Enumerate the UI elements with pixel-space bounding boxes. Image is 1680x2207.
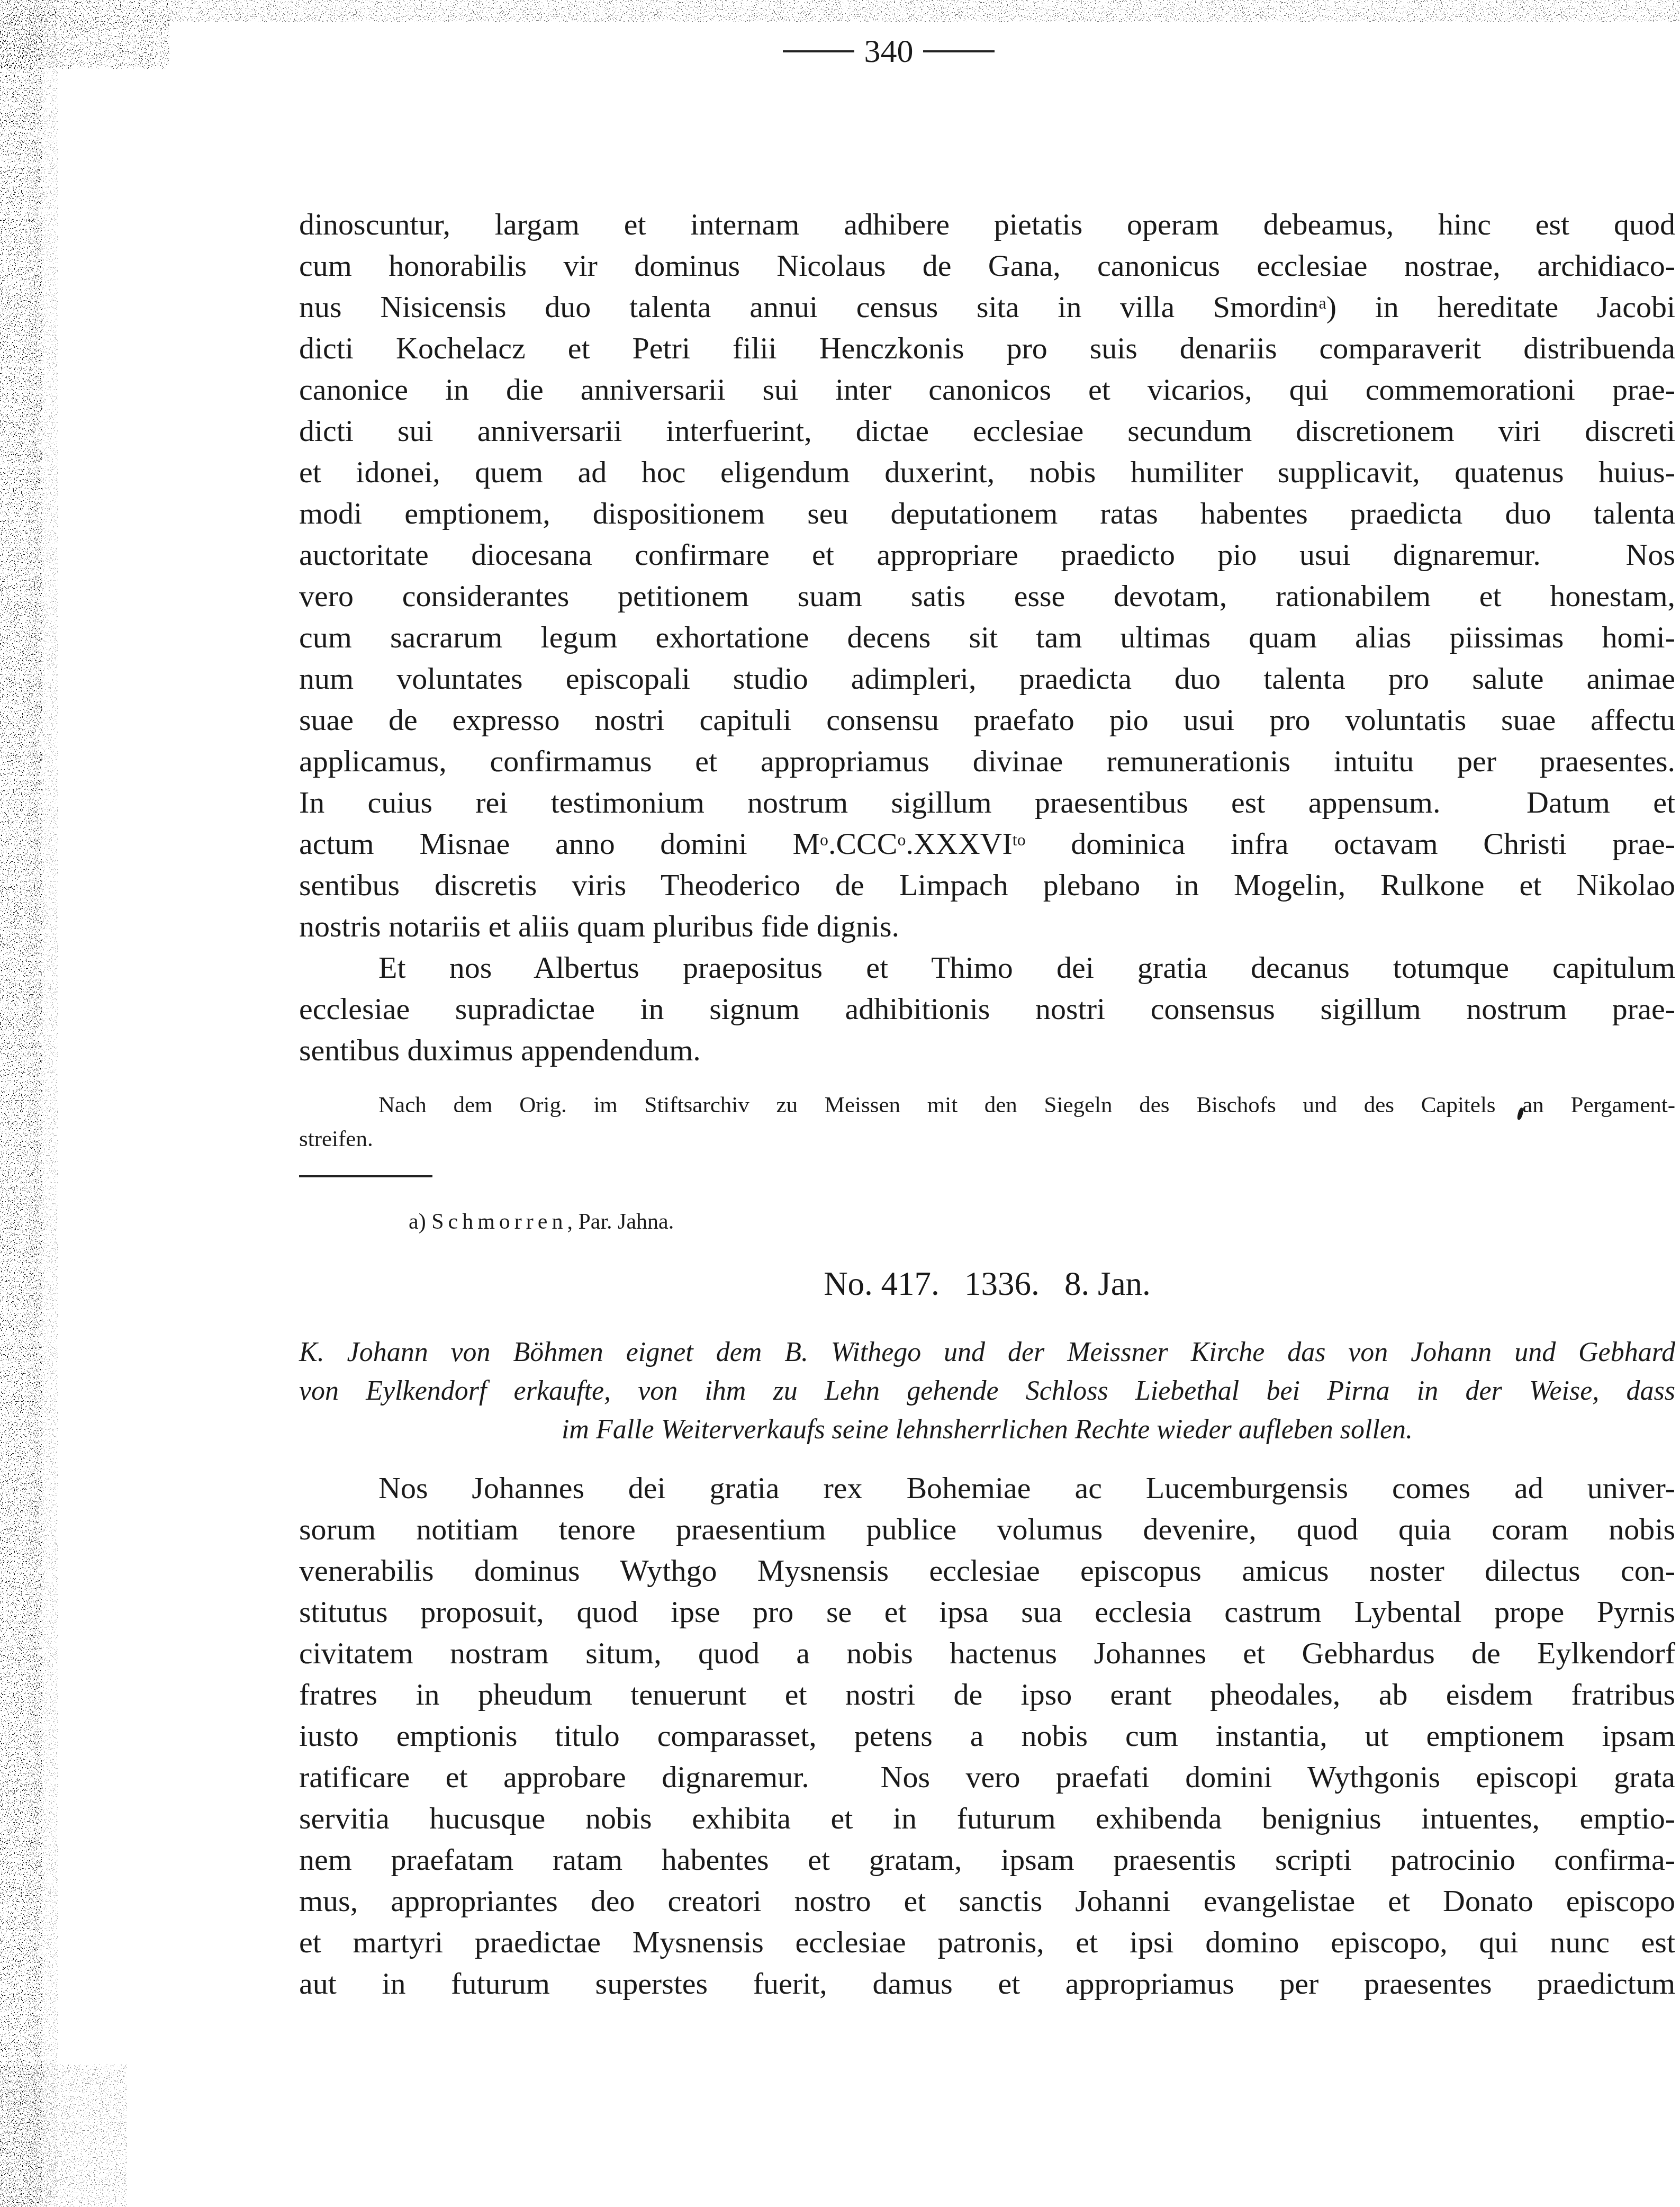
text-line: cum sacrarum legum exhortatione decens s… xyxy=(299,617,1675,658)
text-run: .XXXVI xyxy=(906,826,1012,861)
text-line: nus Nisicensis duo talenta annui census … xyxy=(299,286,1675,328)
provenance-note: Nach dem Orig. im Stiftsarchiv zu Meisse… xyxy=(299,1088,1675,1156)
footnote-marker: a) xyxy=(409,1210,431,1234)
text-run: actum Misnae anno domini M xyxy=(299,826,820,861)
text-line: iusto emptionis titulo comparasset, pete… xyxy=(299,1715,1675,1756)
text-line: et idonei, quem ad hoc eligendum duxerin… xyxy=(299,452,1675,493)
text-line: sentibus discretis viris Theoderico de L… xyxy=(299,864,1675,906)
text-line: In cuius rei testimonium nostrum sigillu… xyxy=(299,782,1675,823)
page-number-rule-left xyxy=(783,50,854,52)
text-line: ecclesiae supradictae in signum adhibiti… xyxy=(299,988,1675,1030)
text-line: nostris notariis et aliis quam pluribus … xyxy=(299,906,1675,947)
text-line: et martyri praedictae Mysnensis ecclesia… xyxy=(299,1922,1675,1963)
text-run: nus Nisicensis duo talenta annui census … xyxy=(299,290,1319,324)
text-line: stitutus proposuit, quod ipse pro se et … xyxy=(299,1591,1675,1633)
text-line: im Falle Weiterverkaufs seine lehnsherrl… xyxy=(299,1410,1675,1449)
text-line: von Eylkendorf erkaufte, von ihm zu Lehn… xyxy=(299,1372,1675,1410)
superscript-o: o xyxy=(820,831,828,849)
text-line: actum Misnae anno domini Mo.CCCo.XXXVIto… xyxy=(299,823,1675,864)
text-line: auctoritate diocesana confirmare et appr… xyxy=(299,534,1675,575)
text-line: suae de expresso nostri capituli consens… xyxy=(299,699,1675,741)
text-line: Nos Johannes dei gratia rex Bohemiae ac … xyxy=(299,1467,1675,1509)
page-number: 340 xyxy=(864,32,914,71)
text-run: ) in hereditate Jacobi xyxy=(1326,290,1675,324)
text-line: vero considerantes petitionem suam satis… xyxy=(299,575,1675,617)
charter-text-paragraph: Nos Johannes dei gratia rex Bohemiae ac … xyxy=(299,1467,1675,2004)
text-line: num voluntates episcopali studio adimple… xyxy=(299,658,1675,699)
text-line: K. Johann von Böhmen eignet dem B. Withe… xyxy=(299,1333,1675,1372)
text-line: canonice in die anniversarii sui inter c… xyxy=(299,369,1675,410)
latin-text-paragraph-1: dinoscuntur, largam et internam adhibere… xyxy=(299,204,1675,947)
page-header: 340 xyxy=(783,32,995,71)
scanned-page: 340 dinoscuntur, largam et internam adhi… xyxy=(0,0,1680,2207)
text-line: nem praefatam ratam habentes et gratam, … xyxy=(299,1839,1675,1880)
superscript-to: to xyxy=(1013,831,1026,849)
text-line: fratres in pheudum tenuerunt et nostri d… xyxy=(299,1674,1675,1715)
text-line: Nach dem Orig. im Stiftsarchiv zu Meisse… xyxy=(299,1088,1675,1122)
text-line: servitia hucusque nobis exhibita et in f… xyxy=(299,1798,1675,1839)
text-run: .CCC xyxy=(828,826,898,861)
footnote-ref-a: a xyxy=(1319,294,1326,312)
text-line: streifen. xyxy=(299,1122,1675,1156)
regest-summary: K. Johann von Böhmen eignet dem B. Withe… xyxy=(299,1333,1675,1449)
footnote-rest: , Par. Jahna. xyxy=(567,1210,674,1234)
footnote-separator-rule xyxy=(299,1175,432,1177)
text-line: mus, appropriantes deo creatori nostro e… xyxy=(299,1880,1675,1922)
text-line: civitatem nostram situm, quod a nobis ha… xyxy=(299,1633,1675,1674)
text-line: sentibus duximus appendendum. xyxy=(299,1030,1675,1071)
text-line: applicamus, confirmamus et appropriamus … xyxy=(299,741,1675,782)
footnote-a: a) Schmorren, Par. Jahna. xyxy=(409,1208,674,1236)
text-line: Et nos Albertus praepositus et Thimo dei… xyxy=(299,947,1675,988)
charter-heading: No. 417. 1336. 8. Jan. xyxy=(299,1265,1675,1302)
text-line: modi emptionem, dispositionem seu deputa… xyxy=(299,493,1675,534)
text-line: ratificare et approbare dignaremur. Nos … xyxy=(299,1756,1675,1798)
text-line: dicti sui anniversarii interfuerint, dic… xyxy=(299,410,1675,452)
text-run: dominica infra octavam Christi prae- xyxy=(1071,826,1675,861)
superscript-o: o xyxy=(898,831,906,849)
latin-text-paragraph-2: Et nos Albertus praepositus et Thimo dei… xyxy=(299,947,1675,1071)
text-line: venerabilis dominus Wythgo Mysnensis ecc… xyxy=(299,1550,1675,1591)
footnote-author: Schmorren xyxy=(431,1210,567,1234)
text-line: dicti Kochelacz et Petri filii Henczkoni… xyxy=(299,328,1675,369)
text-line: dinoscuntur, largam et internam adhibere… xyxy=(299,204,1675,245)
text-line: sorum notitiam tenore praesentium public… xyxy=(299,1509,1675,1550)
page-number-rule-right xyxy=(923,50,995,52)
text-line: cum honorabilis vir dominus Nicolaus de … xyxy=(299,245,1675,286)
text-line: aut in futurum superstes fuerit, damus e… xyxy=(299,1963,1675,2004)
